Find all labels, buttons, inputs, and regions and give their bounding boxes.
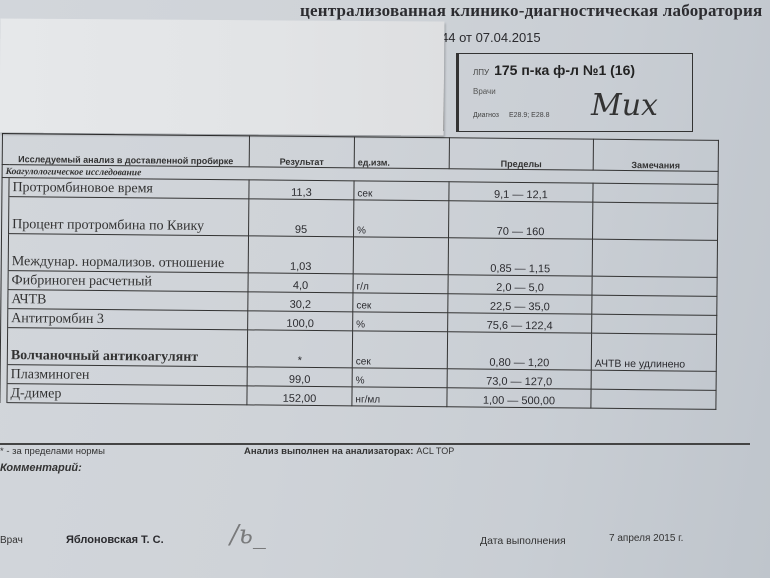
analysis-name: Процент протромбина по Квику — [9, 197, 249, 236]
remark-value — [592, 295, 717, 315]
limits-value: 9,1 — 12,1 — [449, 182, 593, 202]
result-value: 1,03 — [248, 236, 353, 274]
table-row: Процент протромбина по Квику95%70 — 160 — [2, 197, 718, 241]
analyzer-info: Анализ выполнен на анализаторах:ACL TOP — [244, 446, 454, 457]
limits-value: 2,0 — 5,0 — [448, 275, 592, 295]
analysis-name: Фибриноген расчетный — [8, 271, 248, 292]
unit-value: % — [352, 368, 447, 388]
results-table: Исследуемый анализ в доставленной пробир… — [0, 133, 719, 410]
result-value: 152,00 — [247, 386, 352, 406]
diagnosis-value: E28.9; E28.8 — [509, 112, 549, 119]
info-box: ЛПУ175 п-ка ф-л №1 (16) Врачи ДиагнозE28… — [456, 53, 693, 132]
unit-value: % — [354, 200, 449, 238]
remark-value — [591, 389, 716, 409]
analyzer-value: ACL TOP — [416, 446, 454, 456]
analysis-name: Междунар. нормализов. отношение — [8, 234, 248, 273]
table-row: Междунар. нормализов. отношение1,030,85 … — [1, 234, 717, 278]
remark-value — [593, 202, 718, 240]
result-value: 11,3 — [249, 180, 354, 200]
handwritten-signature: Мих — [591, 88, 658, 123]
lab-title: централизованная клинико-диагностическая… — [300, 1, 762, 21]
remark-value — [592, 239, 717, 277]
lpu-label: ЛПУ — [473, 68, 489, 77]
date-label: Дата выполнения — [480, 535, 566, 547]
doctor-name: Яблоновская Т. С. — [66, 534, 164, 546]
analysis-name: Плазминоген — [7, 365, 247, 386]
col-header-limits: Пределы — [449, 138, 593, 170]
table-row: Волчаночный антикоагулянт*сек0,80 — 1,20… — [0, 327, 716, 371]
analyzer-label: Анализ выполнен на анализаторах: — [244, 446, 413, 457]
diagnosis-label: Диагноз — [473, 112, 499, 119]
limits-value: 75,6 — 122,4 — [448, 313, 592, 333]
result-value: 4,0 — [248, 273, 353, 293]
date-value: 7 апреля 2015 г. — [609, 533, 683, 544]
result-value: 99,0 — [247, 367, 352, 387]
limits-value: 73,0 — 127,0 — [447, 369, 591, 389]
unit-value: нг/мл — [352, 387, 447, 407]
unit-value: г/л — [353, 274, 448, 294]
analysis-name: Антитромбин 3 — [8, 309, 248, 330]
result-value: * — [247, 330, 352, 368]
cover-paper — [0, 18, 444, 135]
unit-value: сек — [354, 181, 449, 201]
limits-value: 22,5 — 35,0 — [448, 294, 592, 314]
lpu-value: 175 п-ка ф-л №1 (16) — [494, 62, 635, 78]
col-header-remarks: Замечания — [593, 139, 718, 171]
doctors-label: Врачи — [473, 87, 496, 96]
analysis-name: Волчаночный антикоагулянт — [7, 328, 247, 367]
result-value: 30,2 — [248, 292, 353, 312]
doctor-label: Врач — [0, 535, 23, 546]
unit-value: % — [353, 312, 448, 332]
col-header-unit: ед.изм. — [354, 137, 449, 169]
limits-value: 0,85 — 1,15 — [448, 238, 592, 276]
unit-value: сек — [353, 293, 448, 313]
col-header-result: Результат — [249, 136, 354, 168]
remark-value — [593, 183, 718, 203]
remark-value: АЧТВ не удлинено — [591, 333, 716, 371]
legend-note: * - за пределами нормы — [0, 446, 105, 457]
comment-label: Комментарий: — [0, 462, 82, 474]
col-header-analysis: Исследуемый анализ в доставленной пробир… — [2, 134, 249, 167]
unit-value — [353, 237, 448, 275]
unit-value: сек — [352, 331, 447, 369]
remark-value — [592, 314, 717, 334]
result-value: 95 — [249, 199, 354, 237]
analysis-name: АЧТВ — [8, 290, 248, 311]
lpu-field: ЛПУ175 п-ка ф-л №1 (16) — [473, 62, 635, 78]
analysis-name: Протромбиновое время — [9, 178, 249, 199]
remark-value — [592, 276, 717, 296]
limits-value: 0,80 — 1,20 — [447, 332, 591, 370]
analysis-name: Д-димер — [7, 384, 247, 405]
limits-value: 1,00 — 500,00 — [447, 388, 591, 408]
diagnosis-field: ДиагнозE28.9; E28.8 — [473, 112, 549, 119]
limits-value: 70 — 160 — [449, 201, 593, 239]
order-number: 44 от 07.04.2015 — [441, 30, 541, 45]
doctor-signature: /ь_ — [230, 520, 266, 550]
remark-value — [591, 370, 716, 390]
footer-divider — [0, 443, 750, 445]
result-value: 100,0 — [248, 311, 353, 331]
